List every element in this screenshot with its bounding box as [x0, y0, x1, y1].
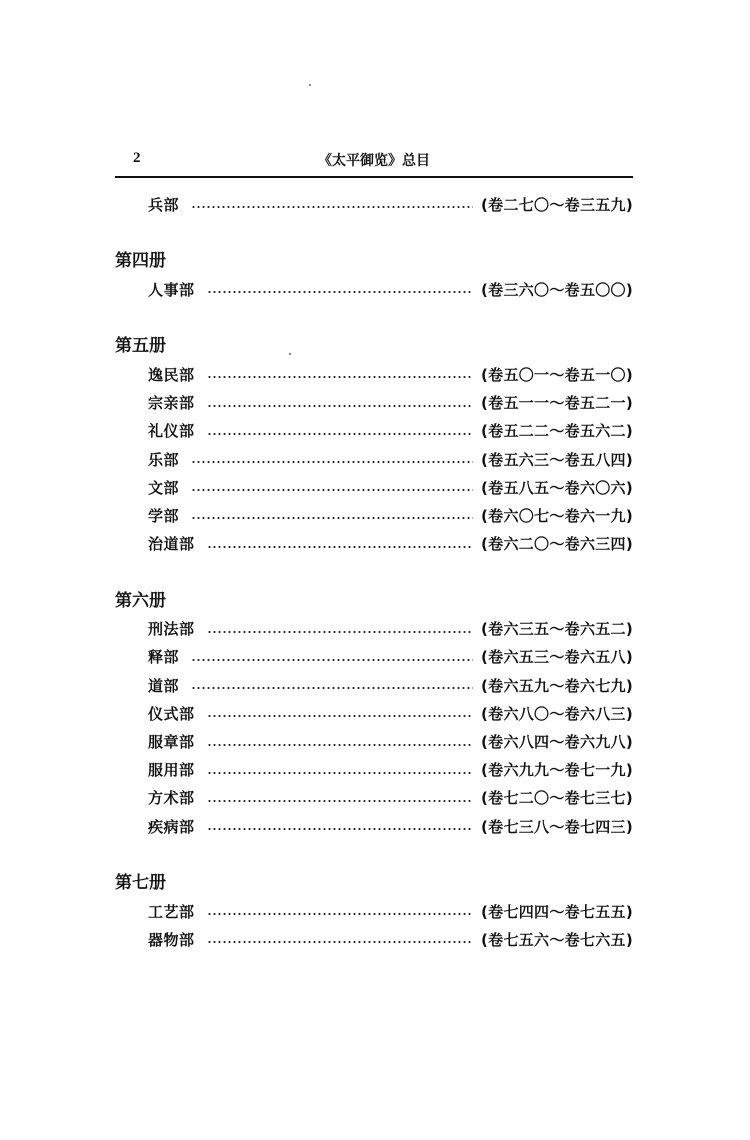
volume-range: (卷五一一～卷五二一) — [481, 392, 633, 413]
dot-leader — [207, 375, 473, 379]
section-name: 治道部 — [148, 533, 195, 554]
section-name: 道部 — [148, 675, 179, 696]
dot-leader — [207, 743, 473, 747]
volume-range: (卷二七〇～卷三五九) — [481, 194, 633, 215]
volume-range: (卷五二二～卷五六二) — [481, 420, 633, 441]
section-name: 工艺部 — [148, 901, 195, 922]
volume-range: (卷六〇七～卷六一九) — [481, 505, 633, 526]
section-name: 服章部 — [148, 731, 195, 752]
dot-leader — [191, 460, 473, 464]
section-name: 方术部 — [148, 787, 195, 808]
section-name: 释部 — [148, 646, 179, 667]
dot-leader — [207, 827, 473, 831]
dot-leader — [207, 799, 473, 803]
volume-range: (卷六八〇～卷六八三) — [481, 703, 633, 724]
volume-heading: 第六册 — [115, 587, 633, 615]
toc-entry: 刑法部 (卷六三五～卷六五二) — [115, 615, 633, 643]
volume-range: (卷六九九～卷七一九) — [481, 759, 633, 780]
volume-range: (卷三六〇～卷五〇〇) — [481, 279, 633, 300]
section-name: 刑法部 — [148, 618, 195, 639]
section-name: 仪式部 — [148, 703, 195, 724]
dot-leader — [207, 404, 473, 408]
section-name: 服用部 — [148, 759, 195, 780]
section-name: 文部 — [148, 477, 179, 498]
dot-leader — [207, 545, 473, 549]
table-of-contents: 兵部 (卷二七〇～卷三五九) 第四册 人事部 (卷三六〇～卷五〇〇) 第五册 逸… — [115, 190, 633, 954]
section-name: 兵部 — [148, 194, 179, 215]
dot-leader — [207, 940, 473, 944]
volume-heading: 第五册 — [115, 332, 633, 360]
volume-range: (卷五六三～卷五八四) — [481, 449, 633, 470]
toc-entry: 治道部 (卷六二〇～卷六三四) — [115, 530, 633, 558]
toc-entry: 释部 (卷六五三～卷六五八) — [115, 643, 633, 671]
volume-heading: 第四册 — [115, 247, 633, 275]
toc-entry: 学部 (卷六〇七～卷六一九) — [115, 501, 633, 529]
section-name: 宗亲部 — [148, 392, 195, 413]
toc-entry: 宗亲部 (卷五一一～卷五二一) — [115, 389, 633, 417]
section-name: 乐部 — [148, 449, 179, 470]
toc-entry: 方术部 (卷七二〇～卷七三七) — [115, 784, 633, 812]
volume-range: (卷六二〇～卷六三四) — [481, 533, 633, 554]
volume-range: (卷五八五～卷六〇六) — [481, 477, 633, 498]
toc-entry: 器物部 (卷七五六～卷七六五) — [115, 925, 633, 953]
toc-entry: 服章部 (卷六八四～卷六九八) — [115, 727, 633, 755]
dot-leader — [207, 432, 473, 436]
toc-entry: 礼仪部 (卷五二二～卷五六二) — [115, 417, 633, 445]
toc-entry: 人事部 (卷三六〇～卷五〇〇) — [115, 275, 633, 303]
toc-entry: 文部 (卷五八五～卷六〇六) — [115, 473, 633, 501]
toc-entry: 疾病部 (卷七三八～卷七四三) — [115, 812, 633, 840]
volume-range: (卷七三八～卷七四三) — [481, 816, 633, 837]
volume-range: (卷五〇一～卷五一〇) — [481, 364, 633, 385]
dot-leader — [191, 686, 473, 690]
dot-leader — [191, 658, 473, 662]
volume-range: (卷六五三～卷六五八) — [481, 646, 633, 667]
dot-leader — [207, 714, 473, 718]
header-rule — [115, 176, 633, 178]
dot-leader — [207, 290, 473, 294]
section-name: 逸民部 — [148, 364, 195, 385]
scan-speck — [309, 84, 311, 86]
volume-range: (卷六三五～卷六五二) — [481, 618, 633, 639]
toc-entry: 乐部 (卷五六三～卷五八四) — [115, 445, 633, 473]
dot-leader — [191, 488, 473, 492]
section-name: 学部 — [148, 505, 179, 526]
toc-entry: 服用部 (卷六九九～卷七一九) — [115, 756, 633, 784]
section-name: 礼仪部 — [148, 420, 195, 441]
section-name: 器物部 — [148, 929, 195, 950]
volume-heading: 第七册 — [115, 869, 633, 897]
dot-leader — [191, 516, 473, 520]
toc-entry: 工艺部 (卷七四四～卷七五五) — [115, 897, 633, 925]
section-name: 疾病部 — [148, 816, 195, 837]
page-header: 2 《太平御览》总目 — [115, 146, 633, 176]
volume-range: (卷六五九～卷六七九) — [481, 675, 633, 696]
volume-range: (卷七五六～卷七六五) — [481, 929, 633, 950]
toc-entry: 逸民部 (卷五〇一～卷五一〇) — [115, 360, 633, 388]
document-page: 2 《太平御览》总目 兵部 (卷二七〇～卷三五九) 第四册 人事部 (卷三六〇～… — [0, 0, 750, 1140]
volume-range: (卷七二〇～卷七三七) — [481, 787, 633, 808]
toc-entry: 道部 (卷六五九～卷六七九) — [115, 671, 633, 699]
volume-range: (卷六八四～卷六九八) — [481, 731, 633, 752]
toc-entry: 仪式部 (卷六八〇～卷六八三) — [115, 699, 633, 727]
dot-leader — [207, 912, 473, 916]
running-title: 《太平御览》总目 — [115, 150, 633, 170]
section-name: 人事部 — [148, 279, 195, 300]
dot-leader — [207, 771, 473, 775]
dot-leader — [191, 205, 473, 209]
toc-entry: 兵部 (卷二七〇～卷三五九) — [115, 190, 633, 218]
dot-leader — [207, 630, 473, 634]
volume-range: (卷七四四～卷七五五) — [481, 901, 633, 922]
